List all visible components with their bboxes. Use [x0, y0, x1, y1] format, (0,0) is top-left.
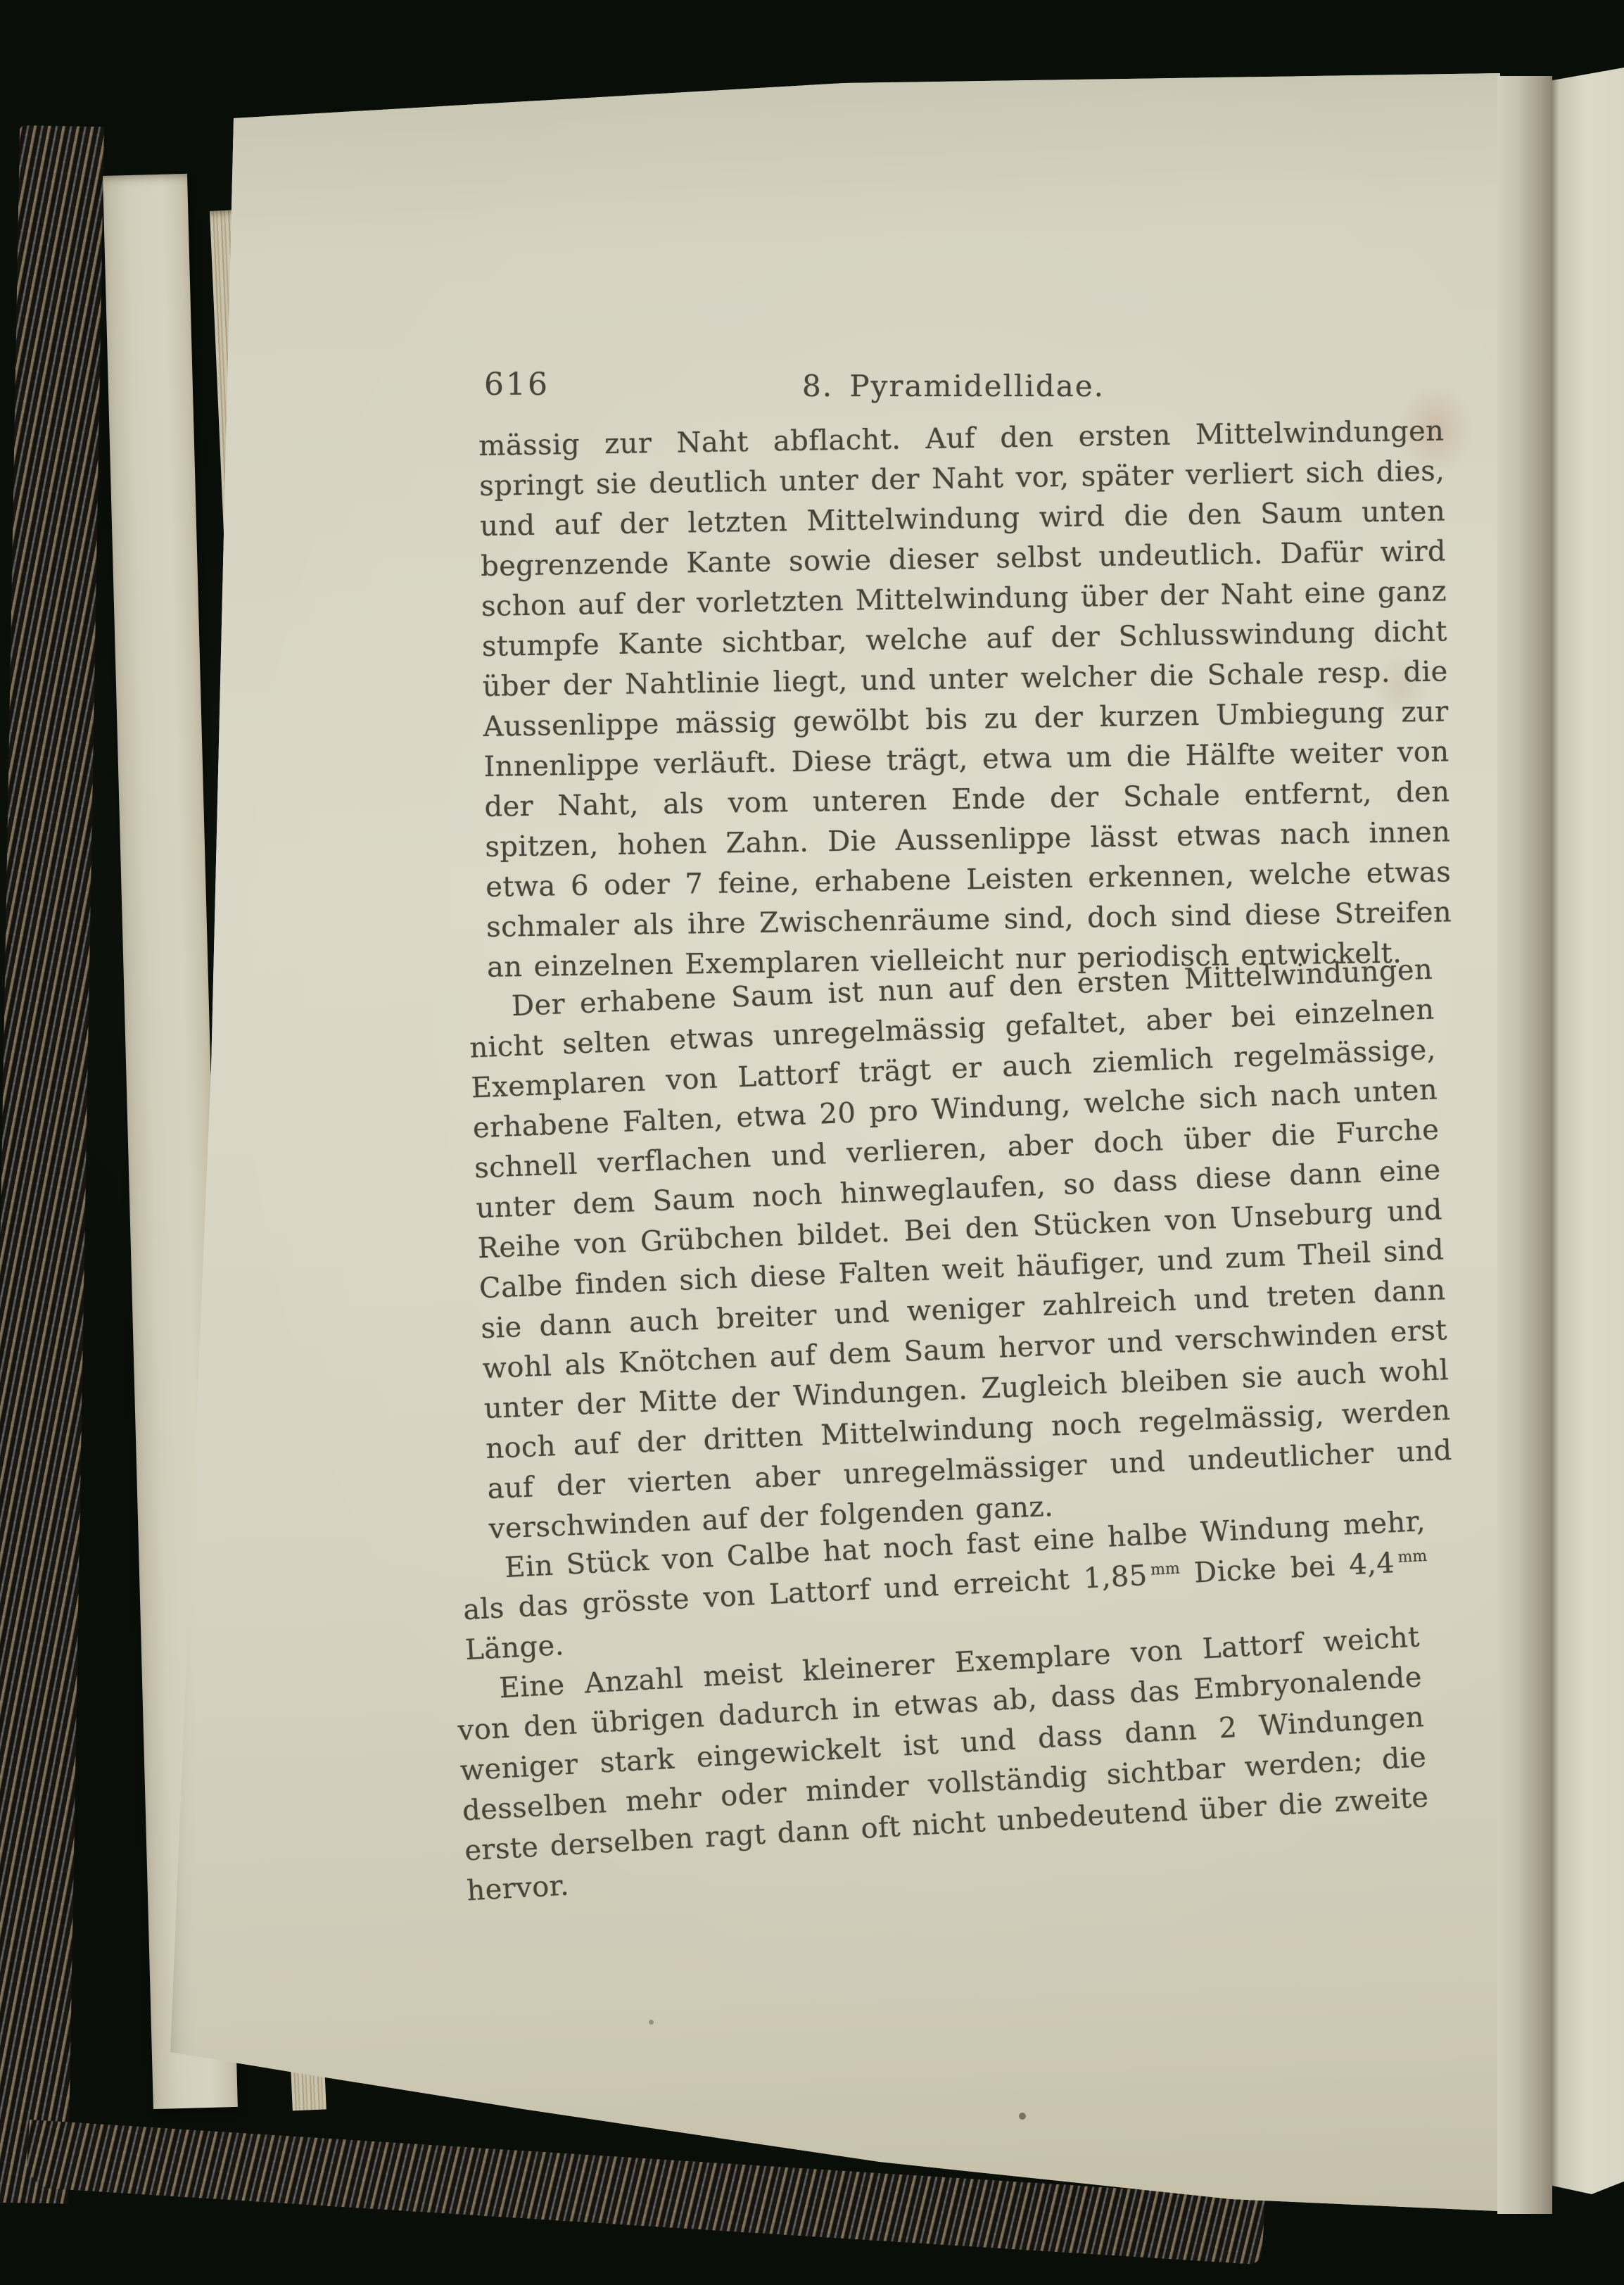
body-text: mässig zur Naht abflacht. Auf den ersten…: [478, 426, 1444, 1911]
facing-page-edge: [1552, 68, 1624, 2194]
page-gutter-shadow: [1497, 76, 1552, 2214]
running-title: 8. Pyramidellidae.: [802, 369, 1105, 403]
body-paragraph: Der erhabene Saum ist nun auf den ersten…: [467, 950, 1454, 1550]
page-number: 616: [484, 367, 550, 403]
book-cover-edge-left: [0, 125, 104, 2204]
body-paragraph: mässig zur Naht abflacht. Auf den ersten…: [478, 411, 1452, 987]
book-photograph: 616 8. Pyramidellidae. mässig zur Naht a…: [0, 0, 1624, 2285]
